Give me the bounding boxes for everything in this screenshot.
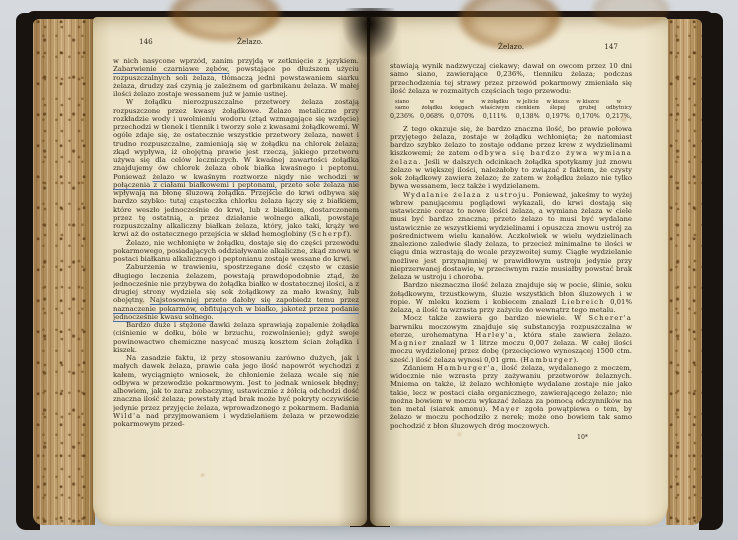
text-run: Bardzo duże i stężone dawki żelaza spraw…	[113, 321, 359, 354]
paragraph: W żołądku nierozpuszczalne przetwory żel…	[113, 98, 359, 238]
paragraph: w nich nasycone wprzód, zanim przyjdą w …	[113, 57, 359, 98]
table-header-line: odbytnicy	[606, 105, 632, 111]
underlined-text: Najstosowniej przeto dałoby się zapobied…	[113, 296, 359, 321]
left-page-header: 146 Żelazo.	[113, 37, 359, 46]
book-cover-right	[699, 13, 723, 530]
paragraph: stawiają wynik nadzwyczaj ciekawy; dawał…	[390, 62, 632, 95]
emphasized-name: Wild'a	[113, 412, 141, 420]
table-header-line: ślepej	[546, 105, 570, 111]
running-head: Żelazo.	[498, 42, 524, 51]
page-number: 147	[604, 42, 618, 51]
right-page-text: Żelazo. 147 stawiają wynik nadzwyczaj ci…	[390, 42, 632, 474]
text-run: Żelazo, nie wchłonięte w żołądku, dostaj…	[113, 239, 359, 264]
emphasized-name: Scherer'a	[588, 314, 632, 322]
table-value: 0,068%	[420, 113, 444, 120]
table-value: 0,236%	[390, 113, 414, 120]
paragraph: Bardzo duże i stężone dawki żelaza spraw…	[113, 321, 359, 354]
left-page-text: 146 Żelazo. w nich nasycone wprzód, zani…	[113, 37, 359, 463]
table-value: 0,197%	[546, 113, 570, 120]
table-column: w żołądkuwłaściwym0,111%	[480, 99, 509, 120]
photo-stage: 146 Żelazo. w nich nasycone wprzód, zani…	[0, 0, 738, 540]
table-header-line: cienkiem	[515, 105, 539, 111]
paragraph: Na zasadzie faktu, iż przy stosowaniu za…	[113, 354, 359, 428]
paragraph: Mocz także zawiera go bardzo niewiele. W…	[390, 314, 632, 364]
text-run: stawiają wynik nadzwyczaj ciekawy; dawał…	[390, 62, 632, 95]
page-edges-right	[666, 19, 702, 525]
text-run: ).	[573, 356, 578, 364]
paragraph: Wydalanie żelaza z ustroju. Ponieważ, ja…	[390, 191, 632, 282]
signature-mark: 10*	[390, 434, 632, 441]
paragraph: Z tego okazuje się, że bardzo znaczna il…	[390, 125, 632, 191]
table-header-line: żołądku	[420, 105, 444, 111]
text-run: Ponieważ, jakeśmy to wyżej wbrew panując…	[390, 191, 632, 282]
text-run: W żołądku nierozpuszczalne przetwory żel…	[113, 98, 359, 180]
table-column: wodbytnicy0,217%,	[606, 99, 632, 120]
right-paragraphs: Z tego okazuje się, że bardzo znaczna il…	[390, 125, 632, 430]
table-value: 0,170%	[576, 113, 600, 120]
text-run: ).	[347, 230, 352, 238]
emphasized-name: Magnier	[390, 339, 427, 347]
right-intro-paragraphs: stawiają wynik nadzwyczaj ciekawy; dawał…	[390, 62, 632, 95]
table-column: wżołądku0,068%	[420, 99, 444, 120]
text-run: Na zasadzie faktu, iż przy stosowaniu za…	[113, 354, 359, 412]
emphasized-name: Liebreich	[562, 298, 605, 306]
table-value: 0,217%,	[606, 113, 632, 120]
text-run: Zdaniem	[403, 364, 437, 372]
table-header-line: właściwym	[480, 105, 509, 111]
paragraph: Zaburzenia w trawieniu, spostrzegane doś…	[113, 263, 359, 321]
table-header-line: księgach	[450, 105, 474, 111]
table-value: 0,138%	[515, 113, 539, 120]
text-run: , która stale zawiera żelazo.	[514, 331, 632, 339]
table-column: w jeliciecienkiem0,138%	[515, 99, 539, 120]
left-paragraphs: w nich nasycone wprzód, zanim przyjdą w …	[113, 57, 359, 428]
text-run: znalazł w 1 litrze moczu 0,007 żelaza. W…	[390, 339, 632, 364]
right-page-header: Żelazo. 147	[390, 42, 632, 51]
emphasized-name: Mayer	[492, 405, 520, 413]
paragraph: Bardzo nieznaczna ilość żelaza znajduje …	[390, 281, 632, 314]
page-number: 146	[139, 37, 153, 46]
text-run: Mocz także zawiera go bardzo niewiele. W	[403, 314, 588, 322]
text-run: w nich nasycone wprzód, zanim przyjdą w …	[113, 57, 359, 65]
table-column: sianosamo0,236%	[390, 99, 414, 120]
emphasized-name: Harley'a	[475, 331, 513, 339]
table-column: wksięgach0,070%	[450, 99, 474, 120]
paragraph: Zdaniem Hamburger'a, ilość żelaza, wydal…	[390, 364, 632, 430]
table-header-line: grubej	[576, 105, 600, 111]
running-head: Żelazo.	[237, 37, 263, 46]
table-column: w kiszcegrubej0,170%	[576, 99, 600, 120]
table-column: w kiszceślepej0,197%	[546, 99, 570, 120]
iron-content-table: sianosamo0,236%wżołądku0,068%wksięgach0,…	[390, 99, 632, 120]
paragraph: Żelazo, nie wchłonięte w żołądku, dostaj…	[113, 239, 359, 264]
emphasized-name: Scherpf	[312, 230, 347, 238]
emphasized-name: Hamburger	[523, 356, 573, 364]
table-value: 0,070%	[450, 113, 474, 120]
underlined-text: Zabarwienie czarniawe zębów,	[113, 65, 229, 73]
text-run: Jeśli w dalszych odcinkach żołądka spoty…	[390, 158, 632, 191]
text-run: nad przyjmowaniem i wydzielaniem żelaza …	[113, 412, 359, 428]
page-edges-left	[33, 19, 95, 525]
table-header-line: samo	[390, 105, 414, 111]
emphasized-name: Hamburger'a	[437, 364, 496, 372]
table-value: 0,111%	[480, 113, 509, 120]
emphasized-name: Wydalanie żelaza z ustroju.	[403, 191, 530, 199]
